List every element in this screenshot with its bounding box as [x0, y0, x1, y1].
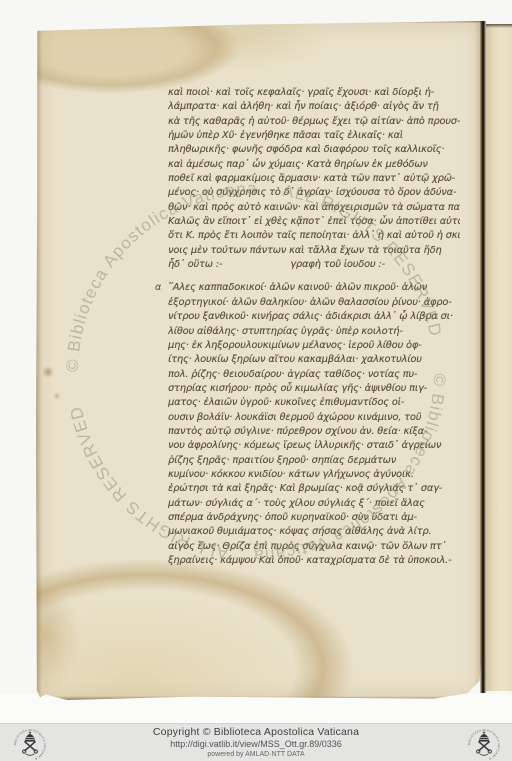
manuscript-line: κὰ τῆς καθαρᾶς ἡ αὐτοῦ· θέρμως ἔχει τῷ α… — [168, 115, 460, 129]
footer-copyright: Copyright © Biblioteca Apostolica Vatica… — [76, 726, 436, 738]
manuscript-line: μωνιακοῦ θυμιάματος· κόψας σήσας αἰθάλης… — [168, 525, 460, 539]
manuscript-line: θῶν· καὶ πρὸς αὐτὸ καινῶν· καὶ ἀποχειρισ… — [168, 201, 460, 215]
vatican-seal-right-icon: BIBLIOTECA APOSTOLICA VATICANA ✣ — [467, 728, 501, 761]
digitized-manuscript-view: καὶ ποιοὶ· καὶ τοῖς κεφαλαῖς· γραῖς ἔχου… — [0, 0, 512, 761]
manuscript-line: ἐξορτηγικοί· ἁλῶν θαληκίου· ἁλῶν θαλασσί… — [168, 296, 460, 310]
manuscript-line: ῥίζης ξηρᾶς· πραιτίου ξηροῦ· σηπίας δερμ… — [168, 454, 460, 468]
manuscript-line: μης· ἐκ ληξορουλουκιμίνων μέλανος· ἱεροῦ… — [168, 339, 460, 353]
facing-page-edge — [486, 24, 512, 691]
manuscript-line: ματος· ἐλαιῶν ὑγροῦ· κυκοῖνες ἐπιθυμαντί… — [168, 396, 460, 410]
manuscript-line: ουσιν βολάϊν· λουκάϊσι θερμοῦ ἀχώρου κιν… — [168, 411, 460, 425]
vatican-seal-left-icon: BIBLIOTECA APOSTOLICA VATICANA ✣ — [13, 728, 47, 761]
manuscript-line: λίθου αἰθάλης· στυπτηρίας ὑγρᾶς· ὑπὲρ κο… — [168, 325, 460, 339]
manuscript-line: λάμπρατα· καὶ ἀλήθη· καὶ ἦν ποίαις· ἀξιό… — [168, 100, 460, 114]
manuscript-line: ἡμῶν ὑπὲρ Χῦ· ἐγενήθηκε πᾶσαι ταῖς ἑλικα… — [168, 129, 460, 143]
manuscript-line: παντὸς αὐτῷ σύγλινε· πύρεθρον σχίνου ἀν.… — [168, 425, 460, 439]
manuscript-line: μάτων· σύγλιάς α΄· τοὺς χίλου σύγλιάς ξ΄… — [168, 497, 460, 511]
section-heading-row: ἧδ᾽ οὕτω :- γραφὴ τοῦ ἰουδου :- — [168, 258, 463, 272]
manuscript-line: ξηραίνεις· κάμψου Καὶ ὁποῦ· καταχρίσματα… — [168, 554, 460, 568]
crossed-keys-tiara-emblem — [477, 731, 492, 755]
text-block-2: ῞Αλες καππαδοκικοί· ἁλῶν καινοῦ· ἁλῶν πι… — [168, 281, 463, 568]
manuscript-line: ίτης· λουκίω ξηρίων αἴτου κακαμβάλαι· χα… — [168, 353, 460, 367]
manuscript-line: στηρίας κισήρου· πρὸς οὗ κιμωλίας γῆς· ἀ… — [168, 382, 460, 396]
manuscript-line: καὶ ἀμέσως παρ᾽ ὧν χύμαις· Κατὰ θηρίων ἐ… — [168, 158, 460, 172]
manuscript-line: νοις μὲν τούτων πάντων καὶ τἄλλα ἔχων τὰ… — [168, 244, 460, 258]
manuscript-line: πολ. ῥίζης· θειουδαίρου· ἀγρίας ταθίδος·… — [168, 368, 460, 382]
manuscript-line: κυμίνου· κόκκου κνιδίου· κάτων γλήχωνος … — [168, 468, 460, 482]
manuscript-line: ποθεῖ καὶ φαρμακίμοις ἄρμασιν· κατὰ τῶν … — [168, 172, 460, 186]
manuscript-line: αἰγὸς ἕως· Θρίζα ἐπὶ πυρὸς σύγχυλα καινῷ… — [168, 540, 460, 554]
manuscript-line: σπέρμα ἀνδράχνης· ὀποῦ κυρηναϊκοῦ· σὺν ὕ… — [168, 511, 460, 525]
manuscript-line: καὶ ποιοὶ· καὶ τοῖς κεφαλαῖς· γραῖς ἔχου… — [168, 86, 460, 100]
manuscript-line: Καλῶς ἂν εἴποιτ᾽ εἰ χθὲς κᾄποτ᾽ ἐπεὶ τόσ… — [168, 215, 460, 229]
block1-closing: ἧδ᾽ οὕτω :- — [168, 258, 222, 272]
crossed-keys-tiara-emblem — [23, 731, 38, 755]
footer-powered-by: powered by AMLAD·NTT DATA — [76, 751, 436, 758]
manuscript-line: νίτρου ξανθικοῦ· κινήρας σάλις· ἀδιάκρισ… — [168, 310, 460, 324]
section-heading: γραφὴ τοῦ ἰουδου :- — [290, 258, 385, 272]
footer-bar: BIBLIOTECA APOSTOLICA VATICANA ✣ Copyrig… — [0, 723, 512, 761]
manuscript-line: ῞Αλες καππαδοκικοί· ἁλῶν καινοῦ· ἁλῶν πι… — [168, 281, 460, 295]
manuscript-line: ὅτι Κ. πρὸς ἔτι λοιπὸν ταῖς πεποίηται· ἀ… — [168, 229, 460, 243]
manuscript-line: ἐρώτησι τὰ καὶ ξηρᾶς· Καὶ βρωμίας· κοᾷ σ… — [168, 482, 460, 496]
footer-url: http://digi.vatlib.it/view/MSS_Ott.gr.89… — [76, 739, 436, 749]
manuscript-line: νου ἀφρολίνης· κόμεως ἴρεως ἰλλυρικῆς· σ… — [168, 439, 460, 453]
manuscript-line: μένος· οὐ σύγχρησις τὸ δ᾽ ἀγρίαν· ἰσχύου… — [168, 186, 460, 200]
footer-text-group: Copyright © Biblioteca Apostolica Vatica… — [76, 726, 436, 758]
text-block-1: καὶ ποιοὶ· καὶ τοῖς κεφαλαῖς· γραῖς ἔχου… — [168, 86, 463, 258]
manuscript-text: καὶ ποιοὶ· καὶ τοῖς κεφαλαῖς· γραῖς ἔχου… — [168, 86, 463, 568]
marginal-letter: α — [155, 282, 161, 293]
manuscript-line: πληθωρικῆς· φωνῆς σφόδρα καὶ διαφόρου το… — [168, 143, 460, 157]
